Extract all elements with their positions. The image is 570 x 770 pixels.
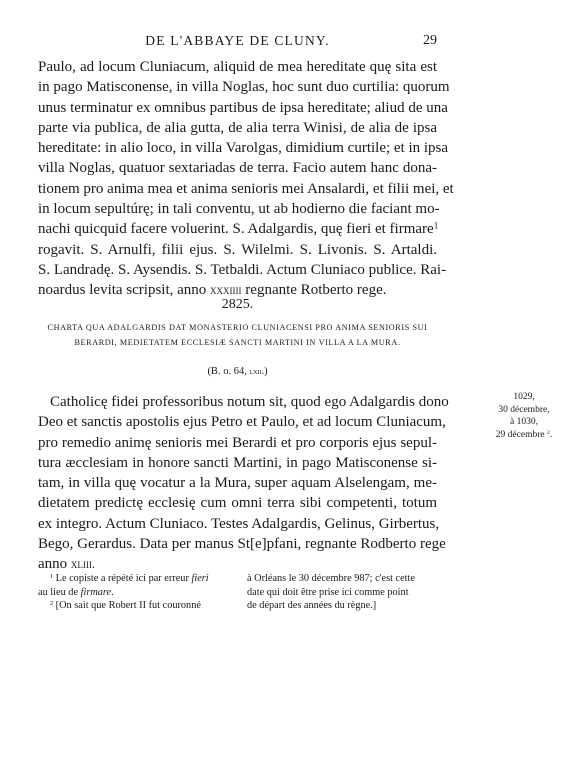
text-line: dietatem predictę ecclesię cum omni terr…: [38, 493, 437, 513]
charter-title-line: BERARDI, MEDIETATEM ECCLESIÆ SANCTI MART…: [38, 335, 437, 350]
charter-title: CHARTA QUA ADALGARDIS DAT MONASTERIO CLU…: [38, 320, 437, 350]
text-line: pro remedio animę senioris mei Berardi e…: [38, 433, 437, 453]
footnote-marker: 1: [50, 573, 53, 580]
charter-title-line: CHARTA QUA ADALGARDIS DAT MONASTERIO CLU…: [38, 320, 437, 335]
text-line: unus terminatur ex omnibus partibus de i…: [38, 98, 437, 118]
margin-date-line: à 1030,: [478, 416, 570, 429]
footnote-ref: 1: [434, 221, 439, 231]
text-line: tionem pro anima mea et anima senioris m…: [38, 179, 437, 199]
footnote-2-cont: à Orléans le 30 décembre 987; c'est cett…: [247, 572, 437, 586]
text-line: nachi quicquid facere voluerint. S. Adal…: [38, 219, 437, 239]
margin-date-line: 30 décembre,: [478, 404, 570, 417]
footnote-marker: 2: [50, 600, 53, 607]
text-line: rogavit. S. Arnulfi, filii ejus. S. Wile…: [38, 240, 437, 260]
text-line: S. Landradę. S. Aysendis. S. Tetbaldi. A…: [38, 260, 437, 280]
footnote-column-left: 1 Le copiste a répété ici par erreur fie…: [38, 572, 228, 613]
text-line: tura æcclesiam in honore sancti Martini,…: [38, 453, 437, 473]
text-line: Deo et sanctis apostolis ejus Petro et P…: [38, 412, 437, 432]
text-line: tam, in villa quę vocatur a la Mura, sup…: [38, 473, 437, 493]
running-title: DE L'ABBAYE DE CLUNY.: [38, 33, 437, 49]
text-line: in locum sepultúrę; in tali conventu, ut…: [38, 199, 437, 219]
margin-date-line: 1029,: [478, 391, 570, 404]
text-line: parte via publica, de alia gutta, de ali…: [38, 118, 437, 138]
running-head: DE L'ABBAYE DE CLUNY. 29: [38, 33, 437, 51]
page-number: 29: [423, 33, 437, 49]
text-line: Catholicę fidei professoribus notum sit,…: [38, 392, 437, 412]
footnote-italic: firmare: [81, 587, 112, 598]
text-fragment: noardus levita scripsit, anno: [38, 282, 206, 298]
footnote-ref: 2: [547, 430, 550, 436]
margin-date: 1029, 30 décembre, à 1030, 29 décembre 2…: [478, 391, 570, 441]
text-line: ex integro. Actum Cluniaco. Testes Adalg…: [38, 514, 437, 534]
footnote-2: 2 [On sait que Robert II fut couronné: [38, 599, 228, 613]
text-line: Bego, Gerardus. Data per manus St[e]pfan…: [38, 534, 437, 554]
footnote-2-cont: date qui doit être prise ici comme point: [247, 586, 437, 600]
footnote-text: [On sait que Robert II fut couronné: [56, 600, 201, 611]
regnal-year: xliii.: [71, 557, 95, 571]
source-suffix: .): [261, 366, 267, 377]
text-fragment: anno: [38, 556, 67, 572]
footnote-text: .: [111, 587, 114, 598]
document-page: DE L'ABBAYE DE CLUNY. 29 Paulo, ad locum…: [0, 0, 570, 770]
source-roman: lxii: [249, 366, 261, 376]
footnote-1: 1 Le copiste a répété ici par erreur fie…: [38, 572, 228, 586]
footnote-text: au lieu de: [38, 587, 78, 598]
footnote-italic: fieri: [191, 573, 208, 584]
footnote-text: Le copiste a répété ici par erreur: [56, 573, 189, 584]
text-line: villa Noglas, quatuor sextariadas de ter…: [38, 158, 437, 178]
text-fragment: nachi quicquid facere voluerint. S. Adal…: [38, 221, 434, 237]
charter-text: Catholicę fidei professoribus notum sit,…: [38, 392, 437, 575]
margin-date-text: 29 décembre: [496, 430, 545, 440]
charter-number: 2825.: [38, 297, 437, 313]
footnote-1-cont: au lieu de firmare.: [38, 586, 228, 600]
text-line: in pago Matisconense, in villa Noglas, h…: [38, 77, 437, 97]
source-prefix: (B. o. 64,: [207, 366, 246, 377]
source-reference: (B. o. 64, lxii.): [38, 366, 437, 377]
margin-date-line: 29 décembre 2.: [478, 429, 570, 442]
footnote-column-right: à Orléans le 30 décembre 987; c'est cett…: [247, 572, 437, 613]
text-fragment: regnante Rotberto rege.: [245, 282, 386, 298]
regnal-year: xxxiiii: [210, 283, 242, 297]
text-line: hereditate: in alio loco, in villa Varol…: [38, 138, 437, 158]
continued-charter-text: Paulo, ad locum Cluniacum, aliquid de me…: [38, 57, 437, 301]
footnote-2-cont: de départ des années du règne.]: [247, 599, 437, 613]
text-line: Paulo, ad locum Cluniacum, aliquid de me…: [38, 57, 437, 77]
